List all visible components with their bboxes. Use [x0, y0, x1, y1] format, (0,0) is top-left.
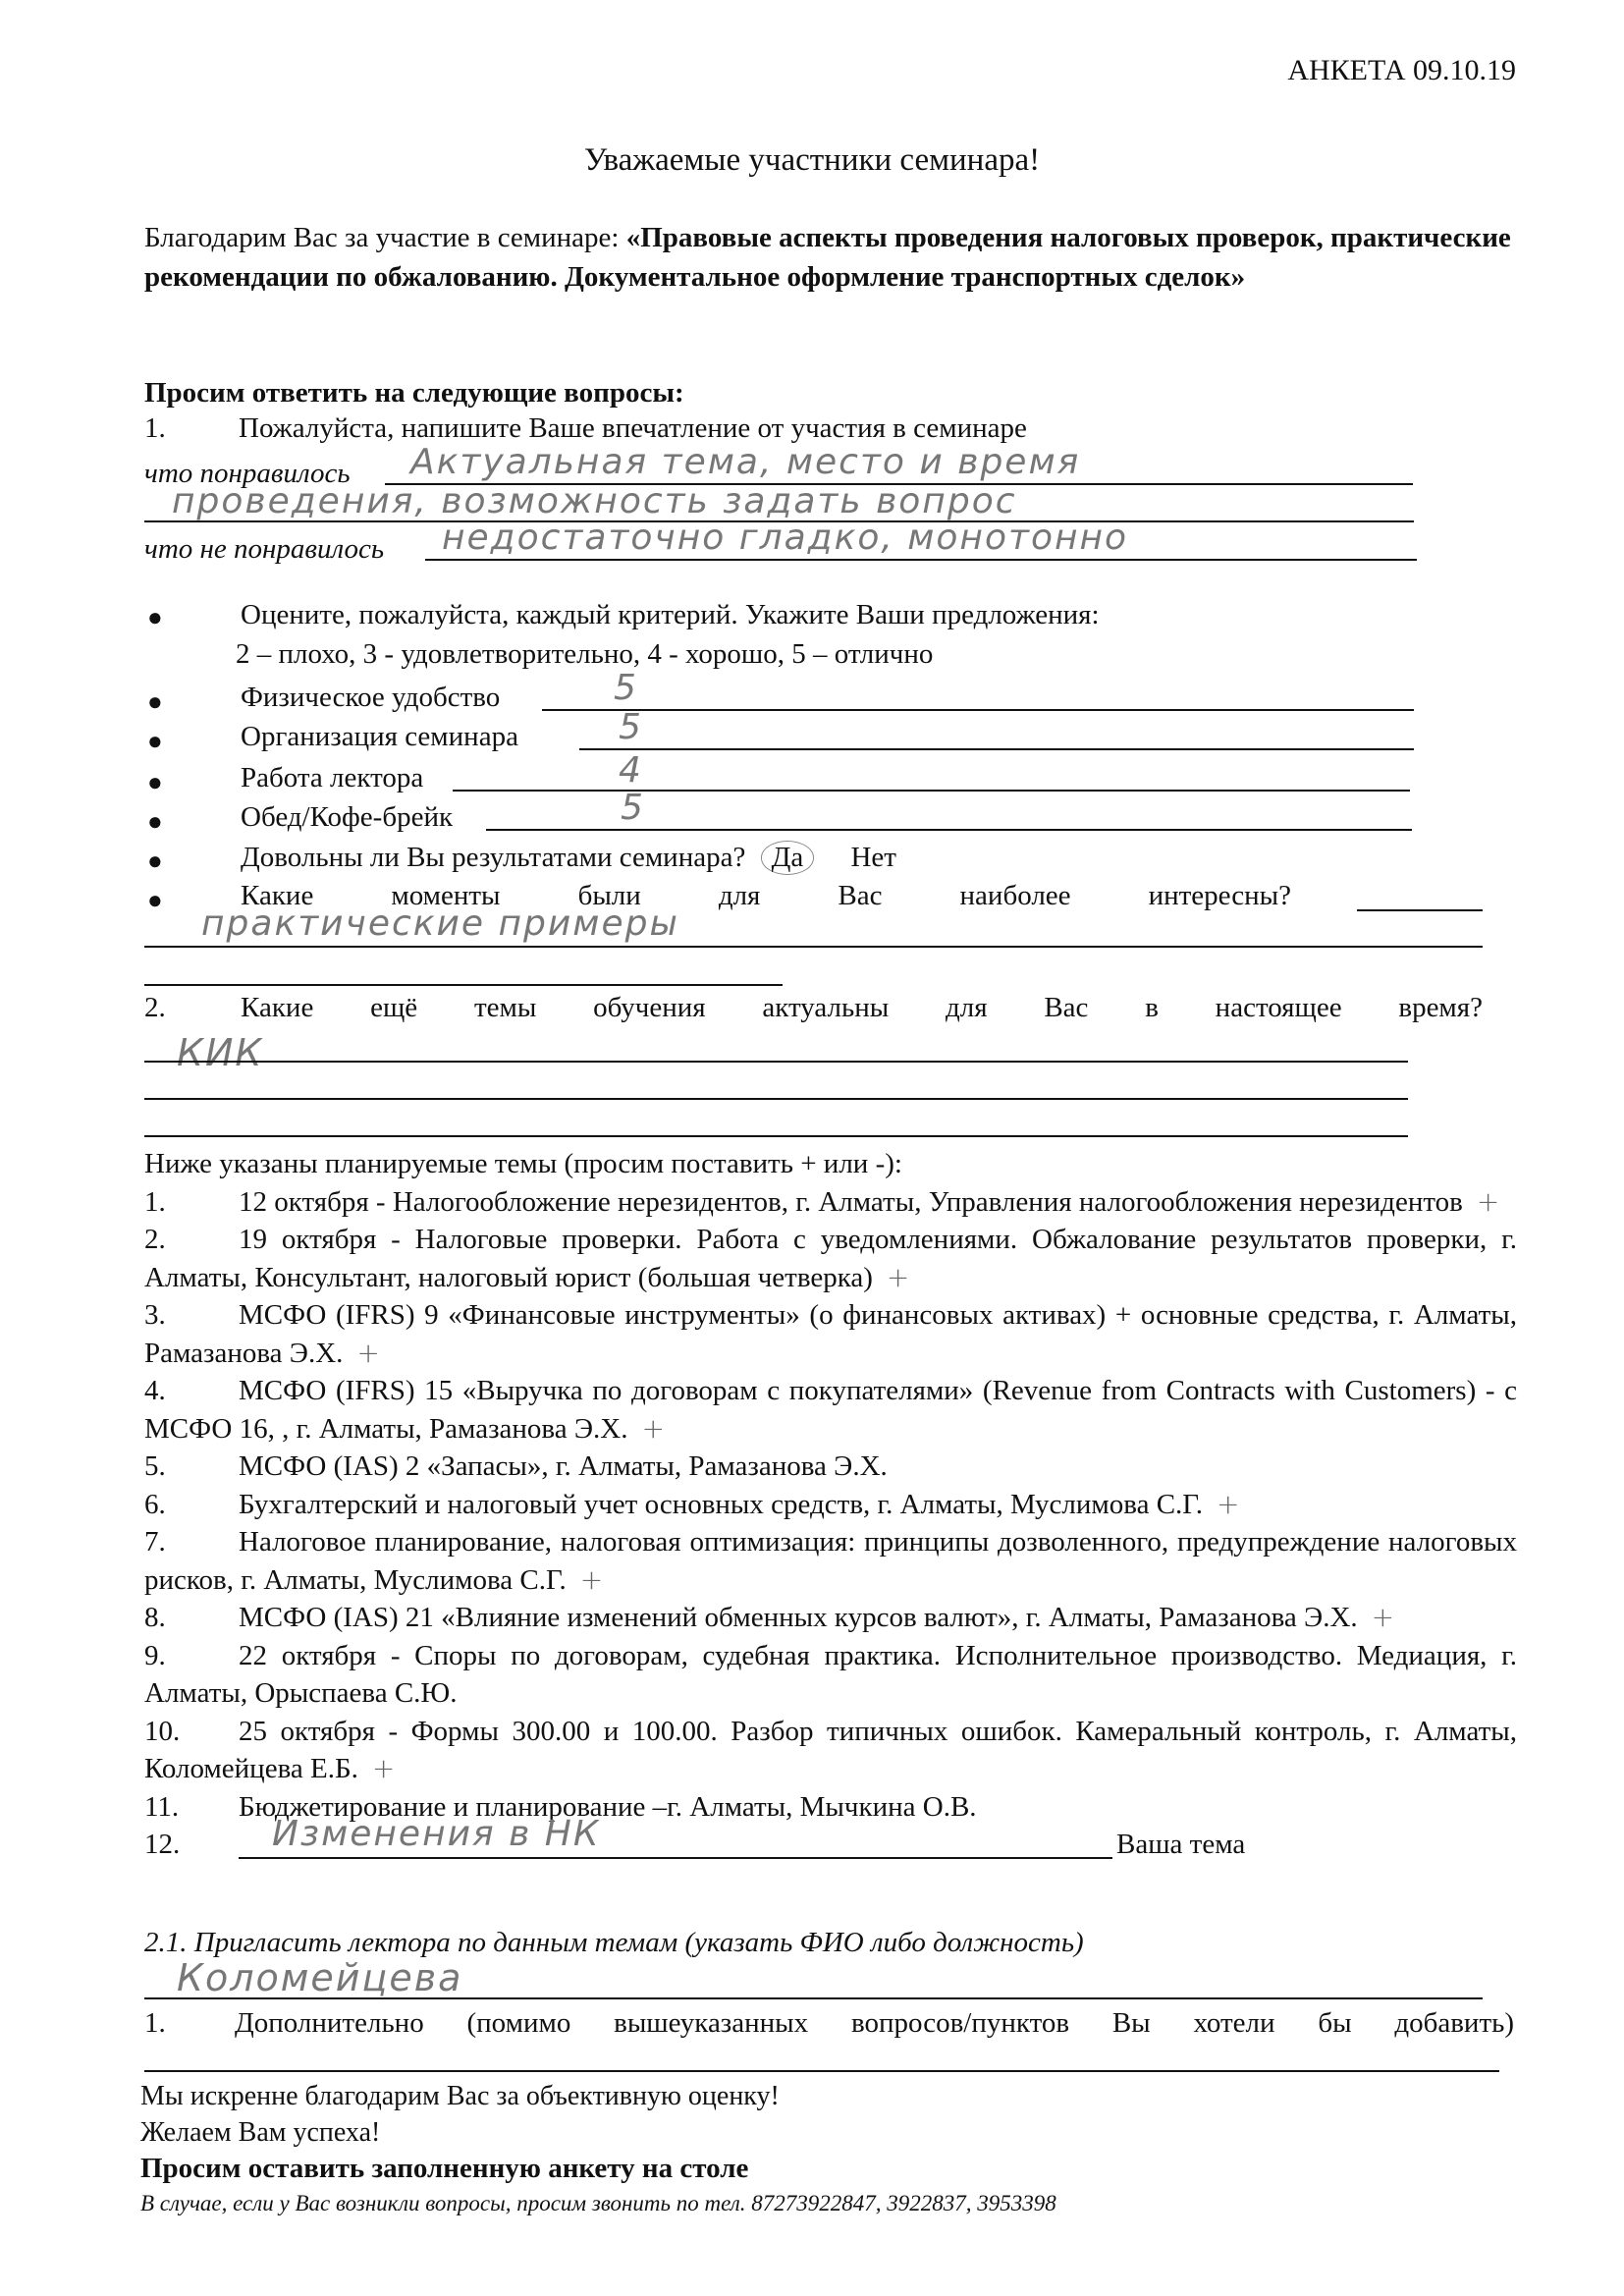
- rating-value-lecturer[interactable]: 4: [619, 750, 643, 791]
- q2-answer[interactable]: КИК: [177, 1031, 263, 1074]
- topic-text: 19 октября - Налоговые проверки. Работа …: [144, 1224, 1517, 1293]
- additional-line: [144, 2070, 1499, 2072]
- rating-value-organization[interactable]: 5: [619, 707, 643, 747]
- additional-question: 1.Дополнительно (помимо вышеуказанных во…: [144, 2007, 1514, 2040]
- own-topic-row: 12. Изменения в НК Ваша тема: [144, 1826, 1517, 1865]
- ratings-scale: 2 – плохо, 3 - удовлетворительно, 4 - хо…: [236, 638, 933, 671]
- topic-text: Бухгалтерский и налоговый учет основных …: [239, 1489, 1203, 1520]
- footer: Мы искренне благодарим Вас за объективну…: [140, 2078, 1056, 2220]
- q2: 2.Какие ещё темы обучения актуальны для …: [144, 992, 1483, 1024]
- topic-text: 25 октября - Формы 300.00 и 100.00. Разб…: [144, 1716, 1517, 1785]
- rating-label-lecturer: Работа лектора: [241, 762, 423, 794]
- planned-topics-list: 1.12 октября - Налогообложение нерезиден…: [144, 1183, 1517, 1827]
- rating-value-lunch[interactable]: 5: [621, 788, 645, 828]
- rating-label-lunch: Обед/Кофе-брейк: [241, 801, 453, 834]
- topic-number: 2.: [144, 1221, 239, 1259]
- interesting-line-2: [144, 984, 783, 986]
- topic-number: 8.: [144, 1599, 239, 1637]
- satisfied-row: Довольны ли Вы результатами семинара? Да…: [241, 841, 896, 875]
- additional-text: Дополнительно (помимо вышеуказанных вопр…: [235, 2007, 1514, 2039]
- satisfied-no-option[interactable]: Нет: [850, 842, 896, 873]
- topic-mark[interactable]: +: [1477, 1185, 1499, 1218]
- topic-text: МСФО (IAS) 2 «Запасы», г. Алматы, Рамаза…: [239, 1450, 888, 1482]
- planned-topics-section: Ниже указаны планируемые темы (просим по…: [144, 1145, 1517, 1865]
- planned-topic-item: 9.22 октября - Споры по договорам, судеб…: [144, 1637, 1517, 1713]
- q2-line-2: [144, 1098, 1408, 1100]
- disliked-line: [425, 559, 1417, 561]
- planned-topic-item: 1.12 октября - Налогообложение нерезиден…: [144, 1183, 1517, 1222]
- topic-text: МСФО (IFRS) 9 «Финансовые инструменты» (…: [144, 1299, 1517, 1369]
- rating-line-organization: [579, 748, 1414, 750]
- bullet-icon: ●: [147, 603, 163, 632]
- rating-line-physical: [542, 709, 1414, 711]
- topic-text: МСФО (IAS) 21 «Влияние изменений обменны…: [239, 1602, 1358, 1633]
- ratings-intro: Оцените, пожалуйста, каждый критерий. Ук…: [241, 599, 1100, 631]
- q1-number: 1.: [144, 412, 239, 445]
- topic-number: 9.: [144, 1637, 239, 1675]
- topic-number: 1.: [144, 1183, 239, 1222]
- q2-line-1: [144, 1061, 1408, 1063]
- planned-topic-item: 3.МСФО (IFRS) 9 «Финансовые инструменты»…: [144, 1296, 1517, 1372]
- planned-topic-item: 8.МСФО (IAS) 21 «Влияние изменений обмен…: [144, 1599, 1517, 1637]
- rating-label-physical: Физическое удобство: [241, 682, 500, 714]
- planned-topic-item: 5.МСФО (IAS) 2 «Запасы», г. Алматы, Рама…: [144, 1448, 1517, 1486]
- topic-mark[interactable]: +: [580, 1563, 603, 1596]
- bullet-icon: ●: [147, 727, 163, 756]
- intro-prefix: Благодарим Вас за участие в семинаре:: [144, 222, 626, 253]
- liked-answer-1[interactable]: Актуальная тема, место и время: [410, 442, 1080, 482]
- footer-contact: В случае, если у Вас возникли вопросы, п…: [140, 2187, 1056, 2220]
- own-topic-number: 12.: [144, 1826, 239, 1864]
- topic-number: 5.: [144, 1448, 239, 1486]
- footer-leave-form: Просим оставить заполненную анкету на ст…: [140, 2151, 1056, 2187]
- interesting-answer[interactable]: практические примеры: [201, 903, 679, 944]
- topic-text: Налоговое планирование, налоговая оптими…: [144, 1526, 1517, 1596]
- planned-topic-item: 10.25 октября - Формы 300.00 и 100.00. Р…: [144, 1713, 1517, 1788]
- planned-topic-item: 6.Бухгалтерский и налоговый учет основны…: [144, 1486, 1517, 1524]
- additional-number: 1.: [144, 2007, 235, 2040]
- bullet-icon: ●: [147, 807, 163, 837]
- topic-number: 10.: [144, 1713, 239, 1751]
- topic-text: 12 октября - Налогообложение нерезиденто…: [239, 1186, 1463, 1218]
- planned-heading: Ниже указаны планируемые темы (просим по…: [144, 1145, 1517, 1183]
- topic-mark[interactable]: +: [887, 1261, 909, 1293]
- planned-topic-item: 2.19 октября - Налоговые проверки. Работ…: [144, 1221, 1517, 1296]
- topic-number: 11.: [144, 1788, 239, 1827]
- topic-mark[interactable]: +: [641, 1412, 664, 1445]
- topic-number: 4.: [144, 1372, 239, 1410]
- satisfied-yes-option[interactable]: Да: [761, 841, 815, 875]
- invite-lecturer-question: 2.1. Пригласить лектора по данным темам …: [144, 1927, 1084, 1959]
- own-topic-answer[interactable]: Изменения в НК: [272, 1816, 600, 1854]
- rating-label-organization: Организация семинара: [241, 721, 518, 753]
- bullet-icon: ●: [147, 687, 163, 717]
- own-topic-label: Ваша тема: [1116, 1826, 1245, 1864]
- q2-text: Какие ещё темы обучения актуальны для Ва…: [241, 992, 1483, 1023]
- greeting-title: Уважаемые участники семинара!: [0, 142, 1624, 179]
- disliked-label: что не понравилось: [144, 533, 384, 566]
- questions-heading: Просим ответить на следующие вопросы:: [144, 377, 684, 410]
- planned-topic-item: 4.МСФО (IFRS) 15 «Выручка по договорам с…: [144, 1372, 1517, 1448]
- rating-value-physical[interactable]: 5: [614, 668, 638, 708]
- planned-topic-item: 7.Налоговое планирование, налоговая опти…: [144, 1523, 1517, 1599]
- topic-mark[interactable]: +: [356, 1337, 379, 1369]
- disliked-answer[interactable]: недостаточно гладко, монотонно: [442, 518, 1128, 558]
- topic-mark[interactable]: +: [372, 1752, 395, 1784]
- footer-thanks: Мы искренне благодарим Вас за объективну…: [140, 2078, 1056, 2114]
- interesting-line-0: [1357, 909, 1483, 911]
- topic-number: 3.: [144, 1296, 239, 1335]
- bullet-icon: ●: [147, 886, 163, 915]
- intro-paragraph: Благодарим Вас за участие в семинаре: «П…: [144, 218, 1519, 297]
- q1-text: Пожалуйста, напишите Ваше впечатление от…: [239, 412, 1027, 444]
- satisfied-question: Довольны ли Вы результатами семинара?: [241, 842, 745, 873]
- topic-text: МСФО (IFRS) 15 «Выручка по договорам с п…: [144, 1375, 1517, 1445]
- q1: 1.Пожалуйста, напишите Ваше впечатление …: [144, 412, 1027, 445]
- rating-line-lunch: [486, 829, 1412, 831]
- bullet-icon: ●: [147, 847, 163, 876]
- interesting-line-1: [144, 946, 1483, 948]
- q2-line-3: [144, 1135, 1408, 1137]
- footer-wish: Желаем Вам успеха!: [140, 2114, 1056, 2151]
- topic-mark[interactable]: +: [1217, 1488, 1239, 1520]
- rating-line-lecturer: [453, 790, 1410, 792]
- bullet-icon: ●: [147, 768, 163, 797]
- topic-number: 6.: [144, 1486, 239, 1524]
- topic-mark[interactable]: +: [1372, 1601, 1394, 1633]
- topic-number: 7.: [144, 1523, 239, 1561]
- invite-lecturer-answer[interactable]: Коломейцева: [177, 1956, 462, 1999]
- form-id: АНКЕТА 09.10.19: [1287, 54, 1516, 87]
- topic-text: 22 октября - Споры по договорам, судебна…: [144, 1640, 1517, 1710]
- q2-number: 2.: [144, 992, 241, 1024]
- liked-answer-2[interactable]: проведения, возможность задать вопрос: [172, 481, 1017, 521]
